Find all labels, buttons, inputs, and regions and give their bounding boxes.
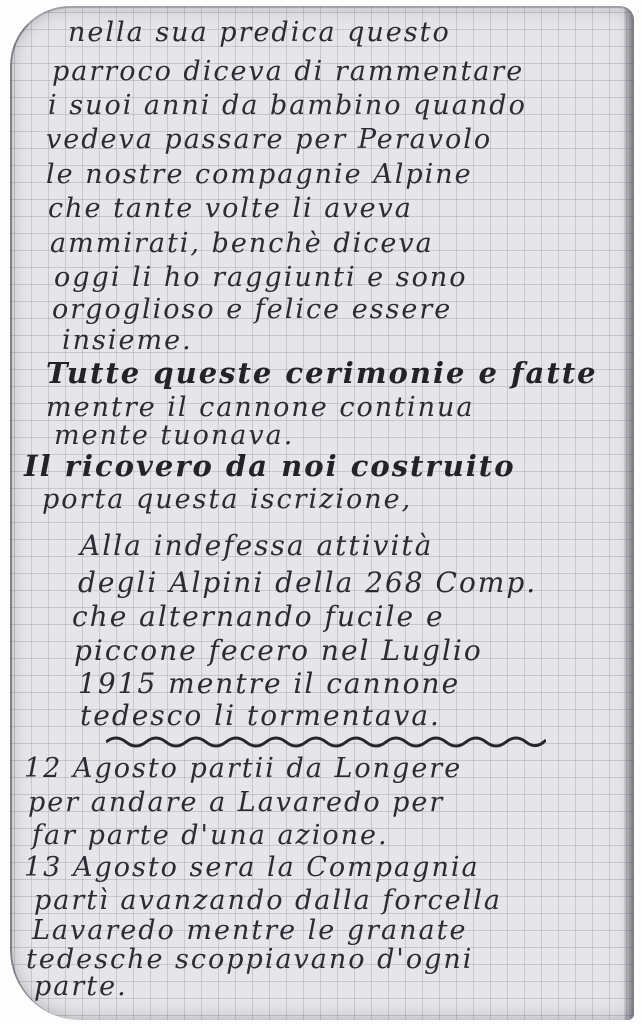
text-line: mente tuonava.: [54, 420, 294, 451]
entry-line: per andare a Lavaredo per: [28, 787, 444, 818]
text-line: Il ricovero da noi costruito: [24, 449, 516, 483]
diary-page: nella sua predica questo parroco diceva …: [10, 6, 634, 1020]
text-line: insieme.: [62, 325, 193, 356]
text-line: nella sua predica questo: [68, 17, 451, 48]
text-line: porta questa iscrizione,: [42, 484, 412, 515]
text-line: le nostre compagnie Alpine: [46, 159, 473, 190]
wavy-separator: [106, 732, 546, 752]
text-line: i suoi anni da bambino quando: [48, 90, 527, 121]
text-line: oggi li ho raggiunti e sono: [54, 262, 468, 293]
inscription-line: Alla indefessa attività: [80, 529, 433, 562]
inscription-line: degli Alpini della 268 Comp.: [78, 566, 537, 599]
text-line: mentre il cannone continua: [46, 392, 474, 423]
page-edge-shadow: [624, 6, 634, 1020]
inscription-line: 1915 mentre il cannone: [78, 667, 460, 700]
text-line: orgoglioso e felice essere: [52, 294, 452, 325]
entry-line: Lavaredo mentre le granate: [32, 915, 467, 946]
entry-line: partì avanzando dalla forcella: [34, 885, 502, 916]
entry-line: far parte d'una azione.: [32, 820, 389, 851]
text-line: Tutte queste cerimonie e fatte: [46, 356, 598, 390]
text-line: parroco diceva di rammentare: [52, 56, 524, 87]
inscription-line: piccone fecero nel Luglio: [74, 634, 483, 667]
text-line: ammirati, benchè diceva: [50, 228, 434, 259]
entry-line: 13 Agosto sera la Compagnia: [24, 852, 480, 883]
inscription-line: che alternando fucile e: [72, 600, 445, 633]
entry-line: parte.: [34, 971, 128, 1002]
entry-line: 12 Agosto partii da Longere: [24, 753, 462, 784]
text-line: vedeva passare per Peravolo: [46, 124, 492, 155]
text-line: che tante volte li aveva: [48, 193, 413, 224]
inscription-line: tedesco li tormentava.: [80, 699, 441, 732]
